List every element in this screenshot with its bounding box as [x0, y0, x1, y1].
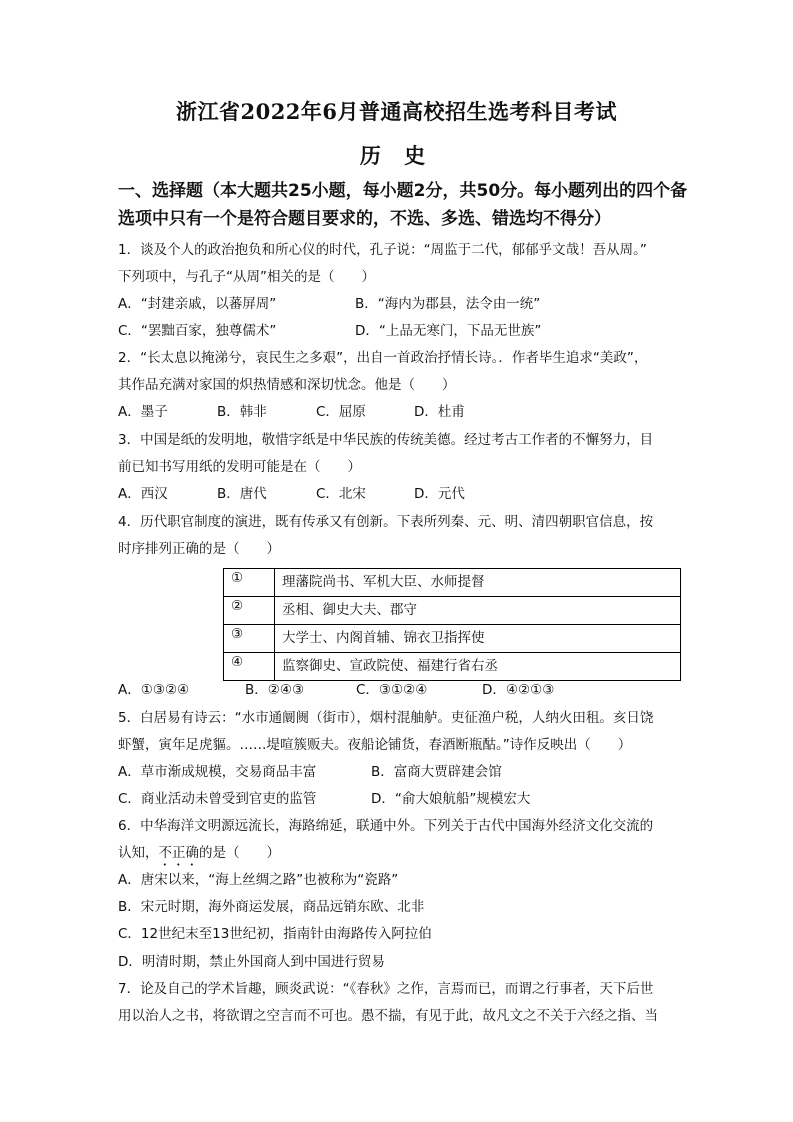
question-4-option-a: A．①③②④	[118, 680, 189, 700]
table-cell-number: ④	[224, 653, 275, 681]
question-1-stem-line1: 1．谈及个人的政治抱负和所心仪的时代，孔子说：“周监于二代，郁郁乎文哉！吾从周。…	[118, 240, 647, 260]
section-heading-line2: 选项中只有一个是符合题目要求的，不选、多选、错选均不得分）	[118, 205, 688, 233]
question-6-option-a: A．唐宋以来，“海上丝绸之路”也被称为“瓷路”	[118, 870, 398, 890]
table-cell-officials: 理藩院尚书、军机大臣、水师提督	[275, 569, 681, 597]
table-cell-number: ②	[224, 597, 275, 625]
question-5-option-c: C．商业活动未曾受到官吏的监管	[118, 789, 316, 809]
question-2-option-b: B．韩非	[217, 402, 267, 422]
table-cell-number: ③	[224, 625, 275, 653]
question-2-stem-line2: 其作品充满对家国的炽热情感和深切忧念。他是（ ）	[118, 375, 456, 395]
question-6-stem-line1: 6．中华海洋文明源远流长，海路绵延，联通中外。下列关于古代中国海外经济文化交流的	[118, 816, 653, 836]
question-3-option-a: A．西汉	[118, 484, 168, 504]
question-4-table: ① 理藩院尚书、军机大臣、水师提督 ② 丞相、御史大夫、郡守 ③ 大学士、内阁首…	[223, 568, 681, 681]
question-6-emphasis-not-correct: 不正确	[159, 845, 200, 861]
section-heading-line1: 一、选择题（本大题共25小题，每小题2分，共50分。每小题列出的四个备	[118, 177, 688, 205]
table-row: ① 理藩院尚书、军机大臣、水师提督	[224, 569, 681, 597]
question-1-option-c: C．“罢黜百家，独尊儒术”	[118, 321, 276, 341]
question-6-option-b: B．宋元时期，海外商运发展，商品远销东欧、北非	[118, 897, 424, 917]
question-1-option-d: D．“上品无寒门，下品无世族”	[355, 321, 541, 341]
question-1-stem-line2: 下列项中，与孔子“从周”相关的是（ ）	[118, 267, 375, 287]
question-2-option-c: C．屈原	[316, 402, 366, 422]
question-6-stem-post: 的是（ ）	[199, 845, 280, 861]
question-1-option-b: B．“海内为郡县，法令由一统”	[355, 294, 540, 314]
table-cell-officials: 监察御史、宣政院使、福建行省右丞	[275, 653, 681, 681]
subject-title: 历 史	[0, 140, 793, 170]
question-6-option-d: D．明清时期，禁止外国商人到中国进行贸易	[118, 952, 385, 972]
question-7-stem-line1: 7．论及自己的学术旨趣，顾炎武说：“《春秋》之作，言焉而已，而谓之行事者，天下后…	[118, 979, 653, 999]
question-6-option-c: C．12世纪末至13世纪初，指南针由海路传入阿拉伯	[118, 924, 432, 944]
table-row: ④ 监察御史、宣政院使、福建行省右丞	[224, 653, 681, 681]
table-cell-officials: 丞相、御史大夫、郡守	[275, 597, 681, 625]
question-4-stem-line2: 时序排列正确的是（ ）	[118, 539, 280, 559]
question-3-stem-line1: 3．中国是纸的发明地，敬惜字纸是中华民族的传统美德。经过考古工作者的不懈努力，目	[118, 430, 653, 450]
question-6-stem-pre: 认知，	[118, 845, 159, 861]
question-4-option-c: C．③①②④	[356, 680, 427, 700]
question-5-stem-line1: 5．白居易有诗云：“水市通阛阓（街市），烟村混舳舻。吏征渔户税，人纳火田租。亥日…	[118, 708, 653, 728]
table-cell-number: ①	[224, 569, 275, 597]
question-6-stem-line2: 认知，不正确的是（ ）	[118, 843, 280, 869]
question-7-stem-line2: 用以治人之书，将欲谓之空言而不可也。愚不揣，有见于此，故凡文之不关于六经之指、当	[118, 1006, 658, 1026]
question-2-option-a: A．墨子	[118, 402, 168, 422]
question-2-option-d: D．杜甫	[414, 402, 465, 422]
question-3-stem-line2: 前已知书写用纸的发明可能是在（ ）	[118, 457, 361, 477]
table-cell-officials: 大学士、内阁首辅、锦衣卫指挥使	[275, 625, 681, 653]
table-row: ② 丞相、御史大夫、郡守	[224, 597, 681, 625]
question-3-option-d: D．元代	[414, 484, 465, 504]
question-4-stem-line1: 4．历代职官制度的演进，既有传承又有创新。下表所列秦、元、明、清四朝职官信息，按	[118, 512, 653, 532]
question-5-option-b: B．富商大贾辟建会馆	[371, 762, 502, 782]
exam-title: 浙江省2022年6月普通高校招生选考科目考试	[0, 96, 793, 126]
question-5-option-a: A．草市渐成规模，交易商品丰富	[118, 762, 316, 782]
question-3-option-b: B．唐代	[217, 484, 267, 504]
question-2-stem-line1: 2．“长太息以掩涕兮，哀民生之多艰”，出自一首政治抒情长诗。．作者毕生追求“美政…	[118, 348, 647, 368]
question-3-option-c: C．北宋	[316, 484, 366, 504]
question-4-option-d: D．④②①③	[482, 680, 554, 700]
table-row: ③ 大学士、内阁首辅、锦衣卫指挥使	[224, 625, 681, 653]
question-4-option-b: B．②④③	[245, 680, 304, 700]
question-5-option-d: D．“俞大娘航船”规模宏大	[371, 789, 530, 809]
question-5-stem-line2: 虾蟹，寅年足虎貙。……堤喧簇贩夫。夜船论铺货，春酒断瓶酤。”诗作反映出（ ）	[118, 735, 631, 755]
question-1-option-a: A．“封建亲戚，以蕃屏周”	[118, 294, 276, 314]
